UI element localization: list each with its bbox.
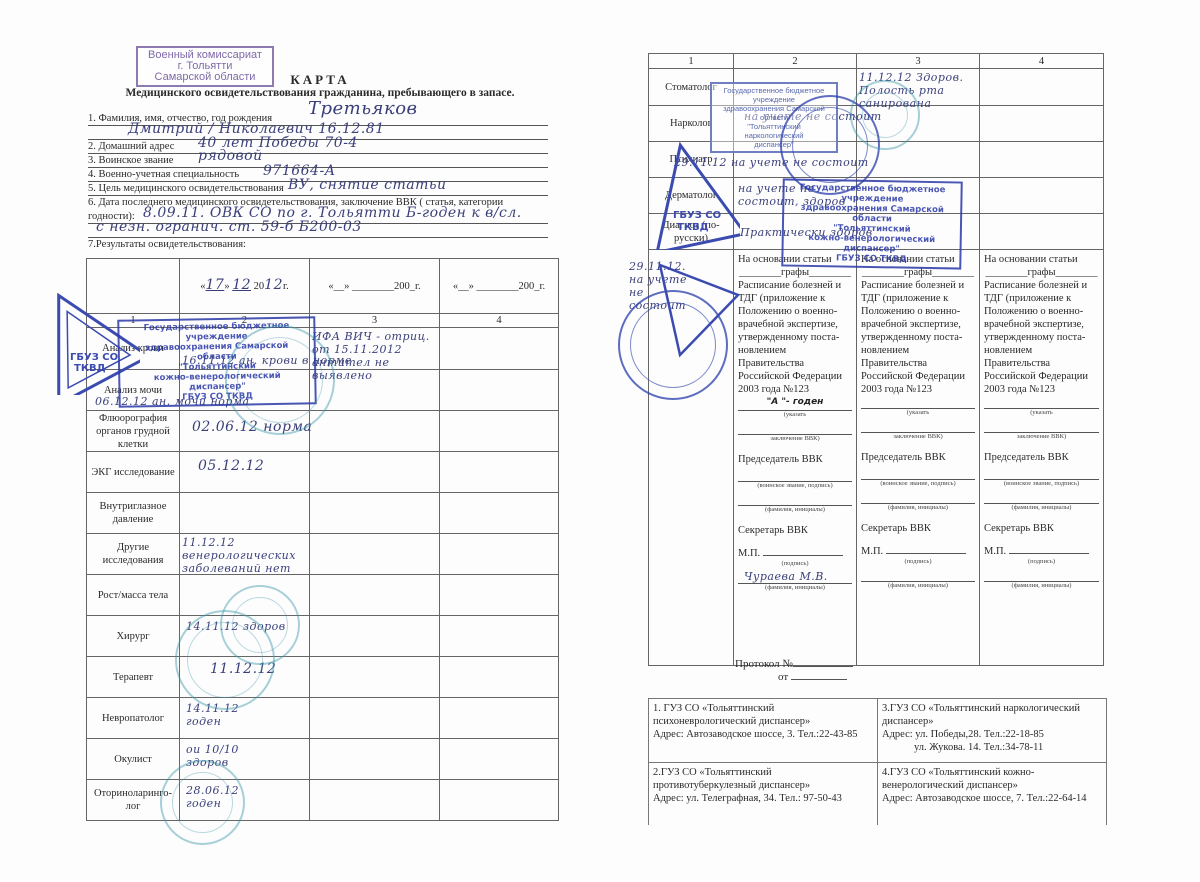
results-heading: 7.Результаты освидетельствования: (88, 238, 548, 252)
row-value[interactable] (440, 575, 559, 616)
table-row: Терапевт 11.12.12 (87, 657, 559, 698)
row-value[interactable] (440, 739, 559, 780)
basis-text: Расписание болезней иТДГ (приложение кПо… (861, 279, 975, 396)
row-value[interactable]: 11.12.12 венерологических заболеваний не… (180, 534, 310, 575)
row-value[interactable]: 28.06.12 годен (180, 780, 310, 821)
row-value[interactable] (440, 657, 559, 698)
row-value[interactable] (980, 214, 1104, 250)
row-value[interactable] (440, 370, 559, 411)
field-purpose[interactable]: 5. Цель медицинского освидетельствования… (88, 182, 548, 196)
row-value[interactable] (440, 493, 559, 534)
date-cell-1[interactable]: «17» 12 2012г. (180, 259, 310, 314)
row-value[interactable] (980, 69, 1104, 106)
protocol-date[interactable]: от (778, 671, 847, 683)
institutions-table: 1. ГУЗ СО «Тольяттинский психоневрологич… (648, 698, 1107, 825)
narco-stamp: Государственное бюджетное учреждение здр… (710, 82, 838, 153)
row-value[interactable] (440, 534, 559, 575)
chairman-name-field[interactable] (984, 490, 1099, 504)
card-title: КАРТА (20, 72, 620, 88)
conclusion-row: 29.11.12. на учете не состоит На основан… (649, 250, 1104, 666)
row-value[interactable] (310, 452, 440, 493)
row-value[interactable] (440, 452, 559, 493)
verdict-field-2[interactable] (861, 419, 975, 433)
row-value[interactable] (440, 780, 559, 821)
row-value[interactable] (310, 493, 440, 534)
row-value[interactable] (310, 698, 440, 739)
row-value[interactable] (310, 739, 440, 780)
row-value[interactable] (310, 616, 440, 657)
row-value[interactable] (310, 370, 440, 411)
chairman-signature-field[interactable] (738, 468, 852, 482)
row-value[interactable] (980, 142, 1104, 178)
row-value[interactable]: 11.12.12 (180, 657, 310, 698)
table-row: Окулист ou 10/10 здоров (87, 739, 559, 780)
basis-text: Расписание болезней иТДГ (приложение кПо… (738, 279, 852, 396)
field-last-exam-cont[interactable]: с незн. огранич. ст. 59-б Б200-03 (88, 224, 548, 238)
basis-text: Расписание болезней иТДГ (приложение кПо… (984, 279, 1099, 396)
tkvd-stamp: Государственное бюджетное учреждение здр… (781, 178, 963, 269)
date-cell-2[interactable]: «__» ________200_г. (310, 259, 440, 314)
verdict-field-2[interactable] (738, 421, 852, 435)
row-value[interactable] (857, 106, 980, 142)
row-value[interactable]: 02.06.12 норма (180, 411, 310, 452)
row-value[interactable] (310, 534, 440, 575)
secretary-name-field[interactable]: Чураева М.В. (738, 570, 852, 584)
tkvd-stamp: Государственное бюджетное учреждение здр… (117, 316, 317, 407)
chairman-signature-field[interactable] (984, 466, 1099, 480)
institution-narco: 3.ГУЗ СО «Тольяттинский наркологический … (878, 699, 1107, 763)
chairman-name-field[interactable] (738, 492, 852, 506)
verdict-field[interactable] (984, 407, 1099, 409)
conclusion-column-1: На основании статьи ________графы_______… (734, 250, 857, 666)
date-header-row: «17» 12 2012г. «__» ________200_г. «__» … (87, 259, 559, 314)
secretary-name-field[interactable] (861, 568, 975, 582)
date-cell-3[interactable]: «__» ________200_г. (440, 259, 559, 314)
chairman-name-field[interactable] (861, 490, 975, 504)
row-value[interactable]: 05.12.12 (180, 452, 310, 493)
field-address[interactable]: 2. Домашний адрес 40 лет Победы 70-4 (88, 140, 548, 154)
table-row: Невропатолог 14.11.12 годен (87, 698, 559, 739)
institution-psycho: 1. ГУЗ СО «Тольяттинский психоневрологич… (649, 699, 878, 763)
table-row: Оториноларинго-лог 28.06.12 годен (87, 780, 559, 821)
row-value[interactable]: ou 10/10 здоров (180, 739, 310, 780)
table-row: Флюорография органов грудной клетки 02.0… (87, 411, 559, 452)
row-value[interactable] (310, 780, 440, 821)
conclusion-column-3: На основании статьи ________графы_______… (980, 250, 1104, 666)
institution-derm: 4.ГУЗ СО «Тольяттинский кожно-венерологи… (878, 763, 1107, 825)
column-numbers-row: 1 2 3 4 (649, 54, 1104, 69)
secretary-name-field[interactable] (984, 568, 1099, 582)
row-value[interactable] (980, 178, 1104, 214)
institution-tb: 2.ГУЗ СО «Тольяттинский противотуберкуле… (649, 763, 878, 825)
table-row: Другие исследования 11.12.12 венерологич… (87, 534, 559, 575)
table-row: Хирург 14.11.12 здоров (87, 616, 559, 657)
row-value[interactable] (857, 142, 980, 178)
row-value[interactable] (440, 616, 559, 657)
row-value[interactable] (440, 328, 559, 370)
row-value[interactable] (310, 411, 440, 452)
row-value[interactable]: ИФА ВИЧ - отриц. от 15.11.2012 антител н… (310, 328, 440, 370)
conclusion-side-cell: 29.11.12. на учете не состоит (649, 250, 734, 666)
row-value[interactable] (440, 411, 559, 452)
table-row: Рост/масса тела (87, 575, 559, 616)
chairman-signature-field[interactable] (861, 466, 975, 480)
row-value[interactable] (180, 493, 310, 534)
row-value[interactable]: 11.12.12 Здоров. Полость рта санирована (857, 69, 980, 106)
row-value[interactable] (440, 698, 559, 739)
right-page: 1 2 3 4 Стоматолог 11.12.12 Здоров. Поло… (600, 0, 1200, 882)
row-value[interactable] (310, 657, 440, 698)
table-row: Внутриглазное давление (87, 493, 559, 534)
row-value[interactable]: 14.11.12 годен (180, 698, 310, 739)
verdict-field[interactable] (861, 407, 975, 409)
protocol-number[interactable]: Протокол № (735, 658, 853, 670)
row-value[interactable]: 14.11.12 здоров (180, 616, 310, 657)
table-row: ЭКГ исследование 05.12.12 (87, 452, 559, 493)
row-value[interactable] (980, 106, 1104, 142)
verdict-field[interactable] (738, 409, 852, 411)
verdict-field-2[interactable] (984, 419, 1099, 433)
row-value[interactable] (180, 575, 310, 616)
row-value[interactable] (310, 575, 440, 616)
conclusion-column-2: На основании статьи ________графы_______… (857, 250, 980, 666)
left-page: Военный комиссариат г. Тольятти Самарско… (0, 0, 600, 882)
